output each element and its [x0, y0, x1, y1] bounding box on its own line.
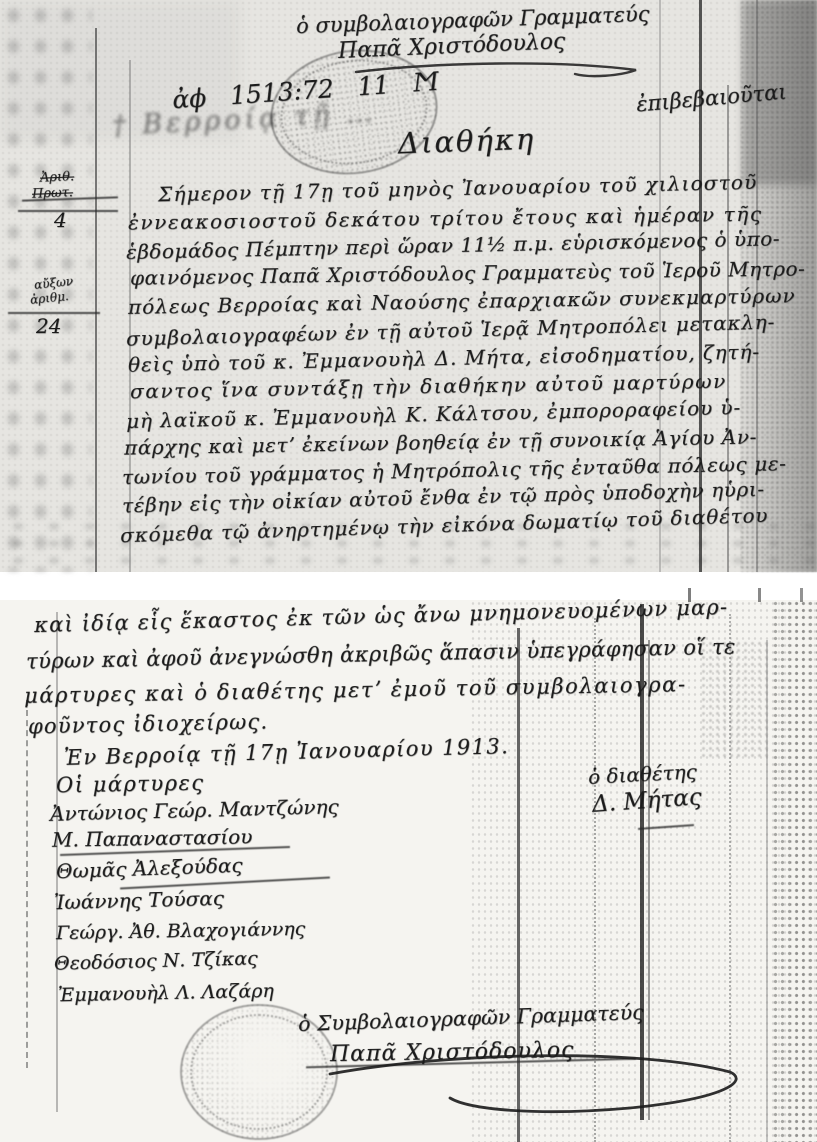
- witness-signature: Γεώργ. Ἀθ. Βλαχογιάννης: [56, 918, 306, 944]
- margin-underline: [18, 210, 118, 212]
- document-title: Διαθήκη: [397, 122, 535, 161]
- witness-signature: Ἰωάννης Τούσας: [54, 886, 225, 914]
- closing-signature-line-2: Παπᾶ Χριστόδουλος: [330, 1038, 575, 1067]
- witness-signature: Ἐμμανουὴλ Λ. Λαζάρη: [58, 980, 274, 1007]
- margin-protocol-number: 4: [54, 208, 67, 232]
- scanned-document: ὁ συμβολαιογραφῶν Γραμματεύς Παπᾶ Χριστό…: [0, 0, 817, 1142]
- margin-serial-number: 24: [36, 314, 61, 338]
- body-line: φοῦντος ἰδιοχείρως.: [28, 709, 269, 738]
- witnesses-heading: Οἱ μάρτυρες: [56, 771, 205, 798]
- margin-crossed-word: Ἀριθ.: [40, 169, 75, 185]
